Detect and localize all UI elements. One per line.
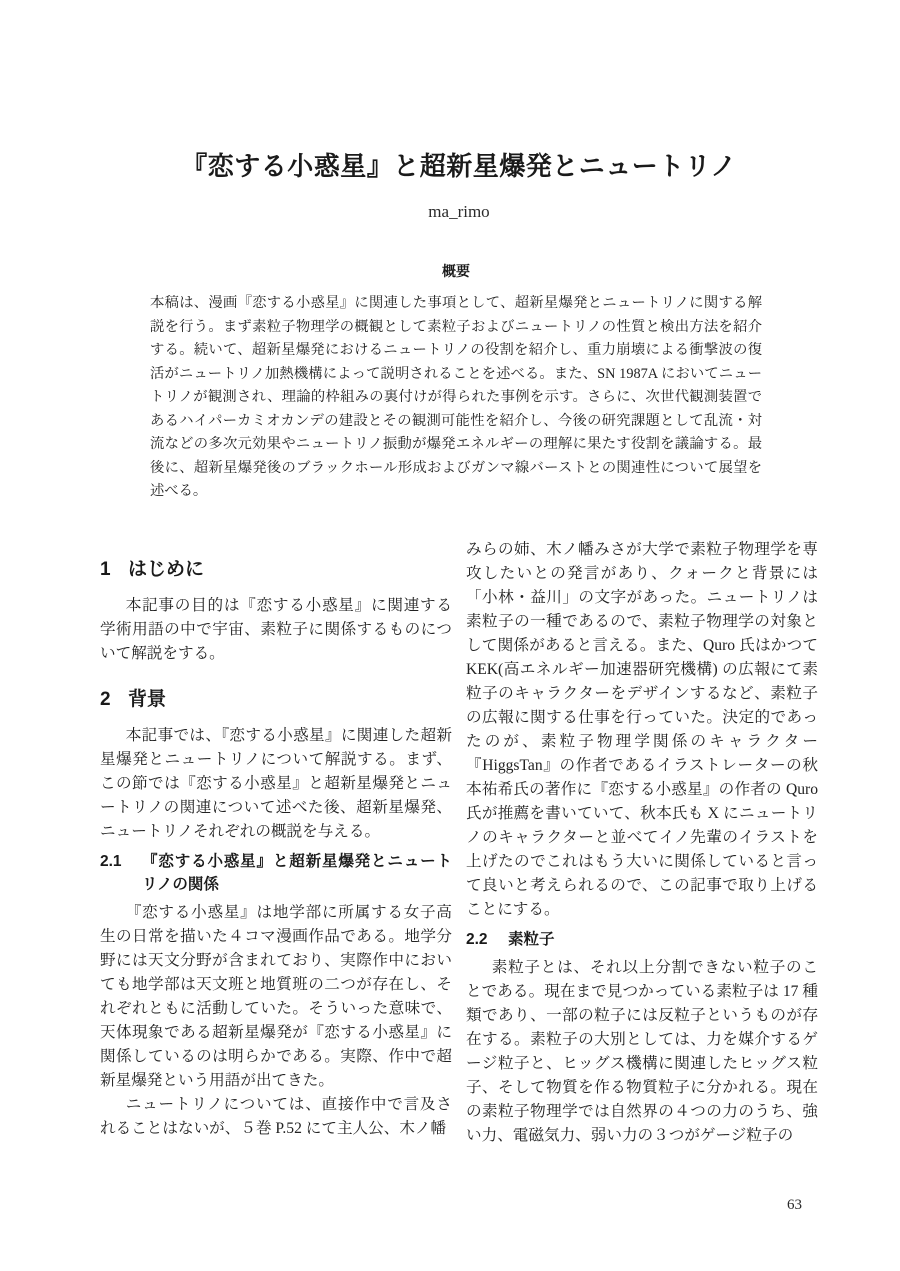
section21-paragraph-2: ニュートリノについては、直接作中で言及されることはないが、５巻 P.52 にて主… — [100, 1093, 452, 1141]
abstract-body: 本稿は、漫画『恋する小惑星』に関連した事項として、超新星爆発とニュートリノに関す… — [150, 292, 762, 504]
section2-number: 2 — [100, 688, 128, 712]
section1-paragraph: 本記事の目的は『恋する小惑星』に関連する学術用語の中で宇宙、素粒子に関係するもの… — [100, 594, 452, 666]
section1-number: 1 — [100, 558, 128, 582]
section21-number: 2.1 — [100, 850, 142, 896]
paper-author: ma_rimo — [100, 202, 818, 222]
section1-heading: 1 はじめに — [100, 558, 452, 582]
section22-heading: 2.2 素粒子 — [466, 928, 818, 951]
paper-title: 『恋する小惑星』と超新星爆発とニュートリノ — [100, 146, 818, 183]
page-number: 63 — [100, 1197, 802, 1214]
section21-heading: 2.1 『恋する小惑星』と超新星爆発とニュートリノの関係 — [100, 850, 452, 896]
section22-paragraph: 素粒子とは、それ以上分割できない粒子のことである。現在まで見つかっている素粒子は… — [466, 956, 818, 1148]
paper-page: 『恋する小惑星』と超新星爆発とニュートリノ ma_rimo 概要 本稿は、漫画『… — [0, 0, 900, 1271]
two-column-body: 1 はじめに 本記事の目的は『恋する小惑星』に関連する学術用語の中で宇宙、素粒子… — [100, 538, 818, 1148]
section2-heading: 2 背景 — [100, 688, 452, 712]
section21-paragraph-1: 『恋する小惑星』は地学部に所属する女子高生の日常を描いた４コマ漫画作品である。地… — [100, 901, 452, 1093]
section22-title: 素粒子 — [508, 928, 818, 951]
section2-title: 背景 — [128, 688, 166, 712]
section1-title: はじめに — [128, 558, 204, 582]
section22-number: 2.2 — [466, 928, 508, 951]
left-column: 1 はじめに 本記事の目的は『恋する小惑星』に関連する学術用語の中で宇宙、素粒子… — [100, 538, 452, 1148]
right-column: みらの姉、木ノ幡みさが大学で素粒子物理学を専攻したいとの発言があり、クォークと背… — [466, 538, 818, 1148]
section21-title: 『恋する小惑星』と超新星爆発とニュートリノの関係 — [142, 850, 452, 896]
abstract-heading: 概要 — [150, 261, 762, 281]
section21-paragraph-2-continued: みらの姉、木ノ幡みさが大学で素粒子物理学を専攻したいとの発言があり、クォークと背… — [466, 538, 818, 922]
abstract-section: 概要 本稿は、漫画『恋する小惑星』に関連した事項として、超新星爆発とニュートリノ… — [150, 261, 762, 504]
section2-paragraph: 本記事では、『恋する小惑星』に関連した超新星爆発とニュートリノについて解説する。… — [100, 724, 452, 844]
